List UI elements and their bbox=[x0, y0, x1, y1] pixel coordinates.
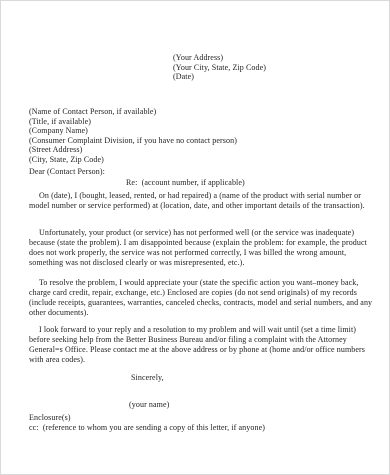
re-line: Re: (account number, if applicable) bbox=[126, 178, 245, 188]
signature-placeholder: (your name) bbox=[129, 400, 169, 410]
recipient-division-line: (Consumer Complaint Division, if you hav… bbox=[29, 136, 237, 146]
cc-line: cc: (reference to whom you are sending a… bbox=[29, 423, 265, 433]
sender-address-line: (Your Address) bbox=[173, 53, 266, 63]
date-line: (Date) bbox=[173, 72, 266, 82]
sender-address-block: (Your Address) (Your City, State, Zip Co… bbox=[173, 53, 266, 82]
enclosure-line: Enclosure(s) bbox=[29, 413, 71, 423]
salutation: Dear (Contact Person): bbox=[29, 167, 105, 177]
recipient-company-line: (Company Name) bbox=[29, 126, 237, 136]
recipient-title-line: (Title, if available) bbox=[29, 117, 237, 127]
paragraph-followup: I look forward to your reply and a resol… bbox=[29, 325, 379, 365]
paragraph-resolution: To resolve the problem, I would apprecia… bbox=[29, 278, 377, 318]
paragraph-opening: On (date), I (bought, leased, rented, or… bbox=[29, 191, 375, 211]
closing-sincerely: Sincerely, bbox=[131, 373, 164, 383]
recipient-address-block: (Name of Contact Person, if available) (… bbox=[29, 107, 237, 164]
sender-city-state-zip-line: (Your City, State, Zip Code) bbox=[173, 63, 266, 73]
recipient-street-line: (Street Address) bbox=[29, 145, 237, 155]
letter-page: (Your Address) (Your City, State, Zip Co… bbox=[0, 0, 390, 475]
recipient-contact-person-line: (Name of Contact Person, if available) bbox=[29, 107, 237, 117]
recipient-city-state-zip-line: (City, State, Zip Code) bbox=[29, 155, 237, 165]
paragraph-problem: Unfortunately, your product (or service)… bbox=[29, 228, 379, 268]
